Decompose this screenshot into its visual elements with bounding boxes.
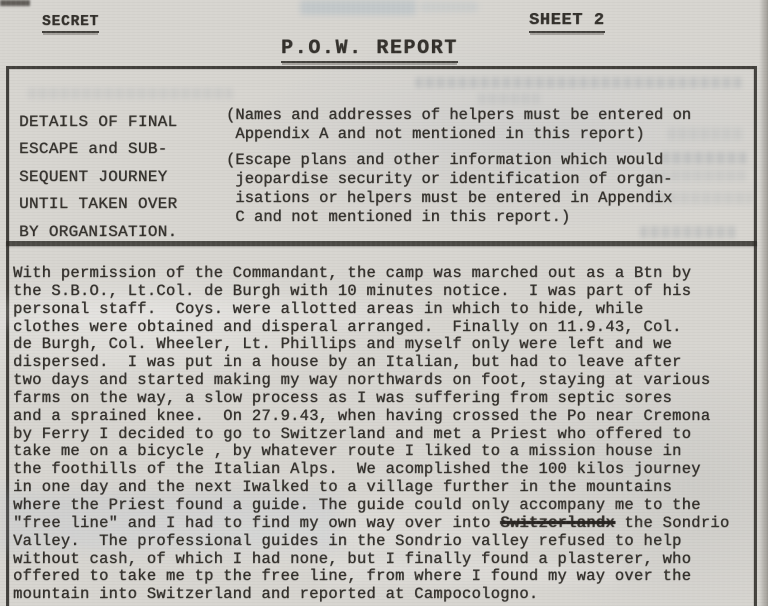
scanned-document-page: SECRET SHEET 2 P.O.W. REPORT DETAILS OF … (0, 0, 768, 606)
struck-word: Switzerlandx (500, 514, 615, 532)
page-title: P.O.W. REPORT (281, 37, 458, 63)
security-appendix-note: (Escape plans and other information whic… (226, 151, 672, 227)
details-section-label: DETAILS OF FINAL ESCAPE and SUB- SEQUENT… (19, 109, 177, 246)
body-text-before-strike: With permission of the Commandant, the c… (13, 264, 710, 532)
faded-ink-stamp (300, 0, 416, 15)
faded-ink-stamp (420, 2, 478, 12)
report-body-text: With permission of the Commandant, the c… (13, 265, 729, 604)
classification-stamp: SECRET (42, 14, 99, 33)
helpers-appendix-note: (Names and addresses of helpers must be … (226, 106, 691, 144)
scan-corner-mark (0, 0, 30, 6)
scan-edge-shadow (759, 0, 768, 606)
sheet-number: SHEET 2 (529, 11, 605, 33)
